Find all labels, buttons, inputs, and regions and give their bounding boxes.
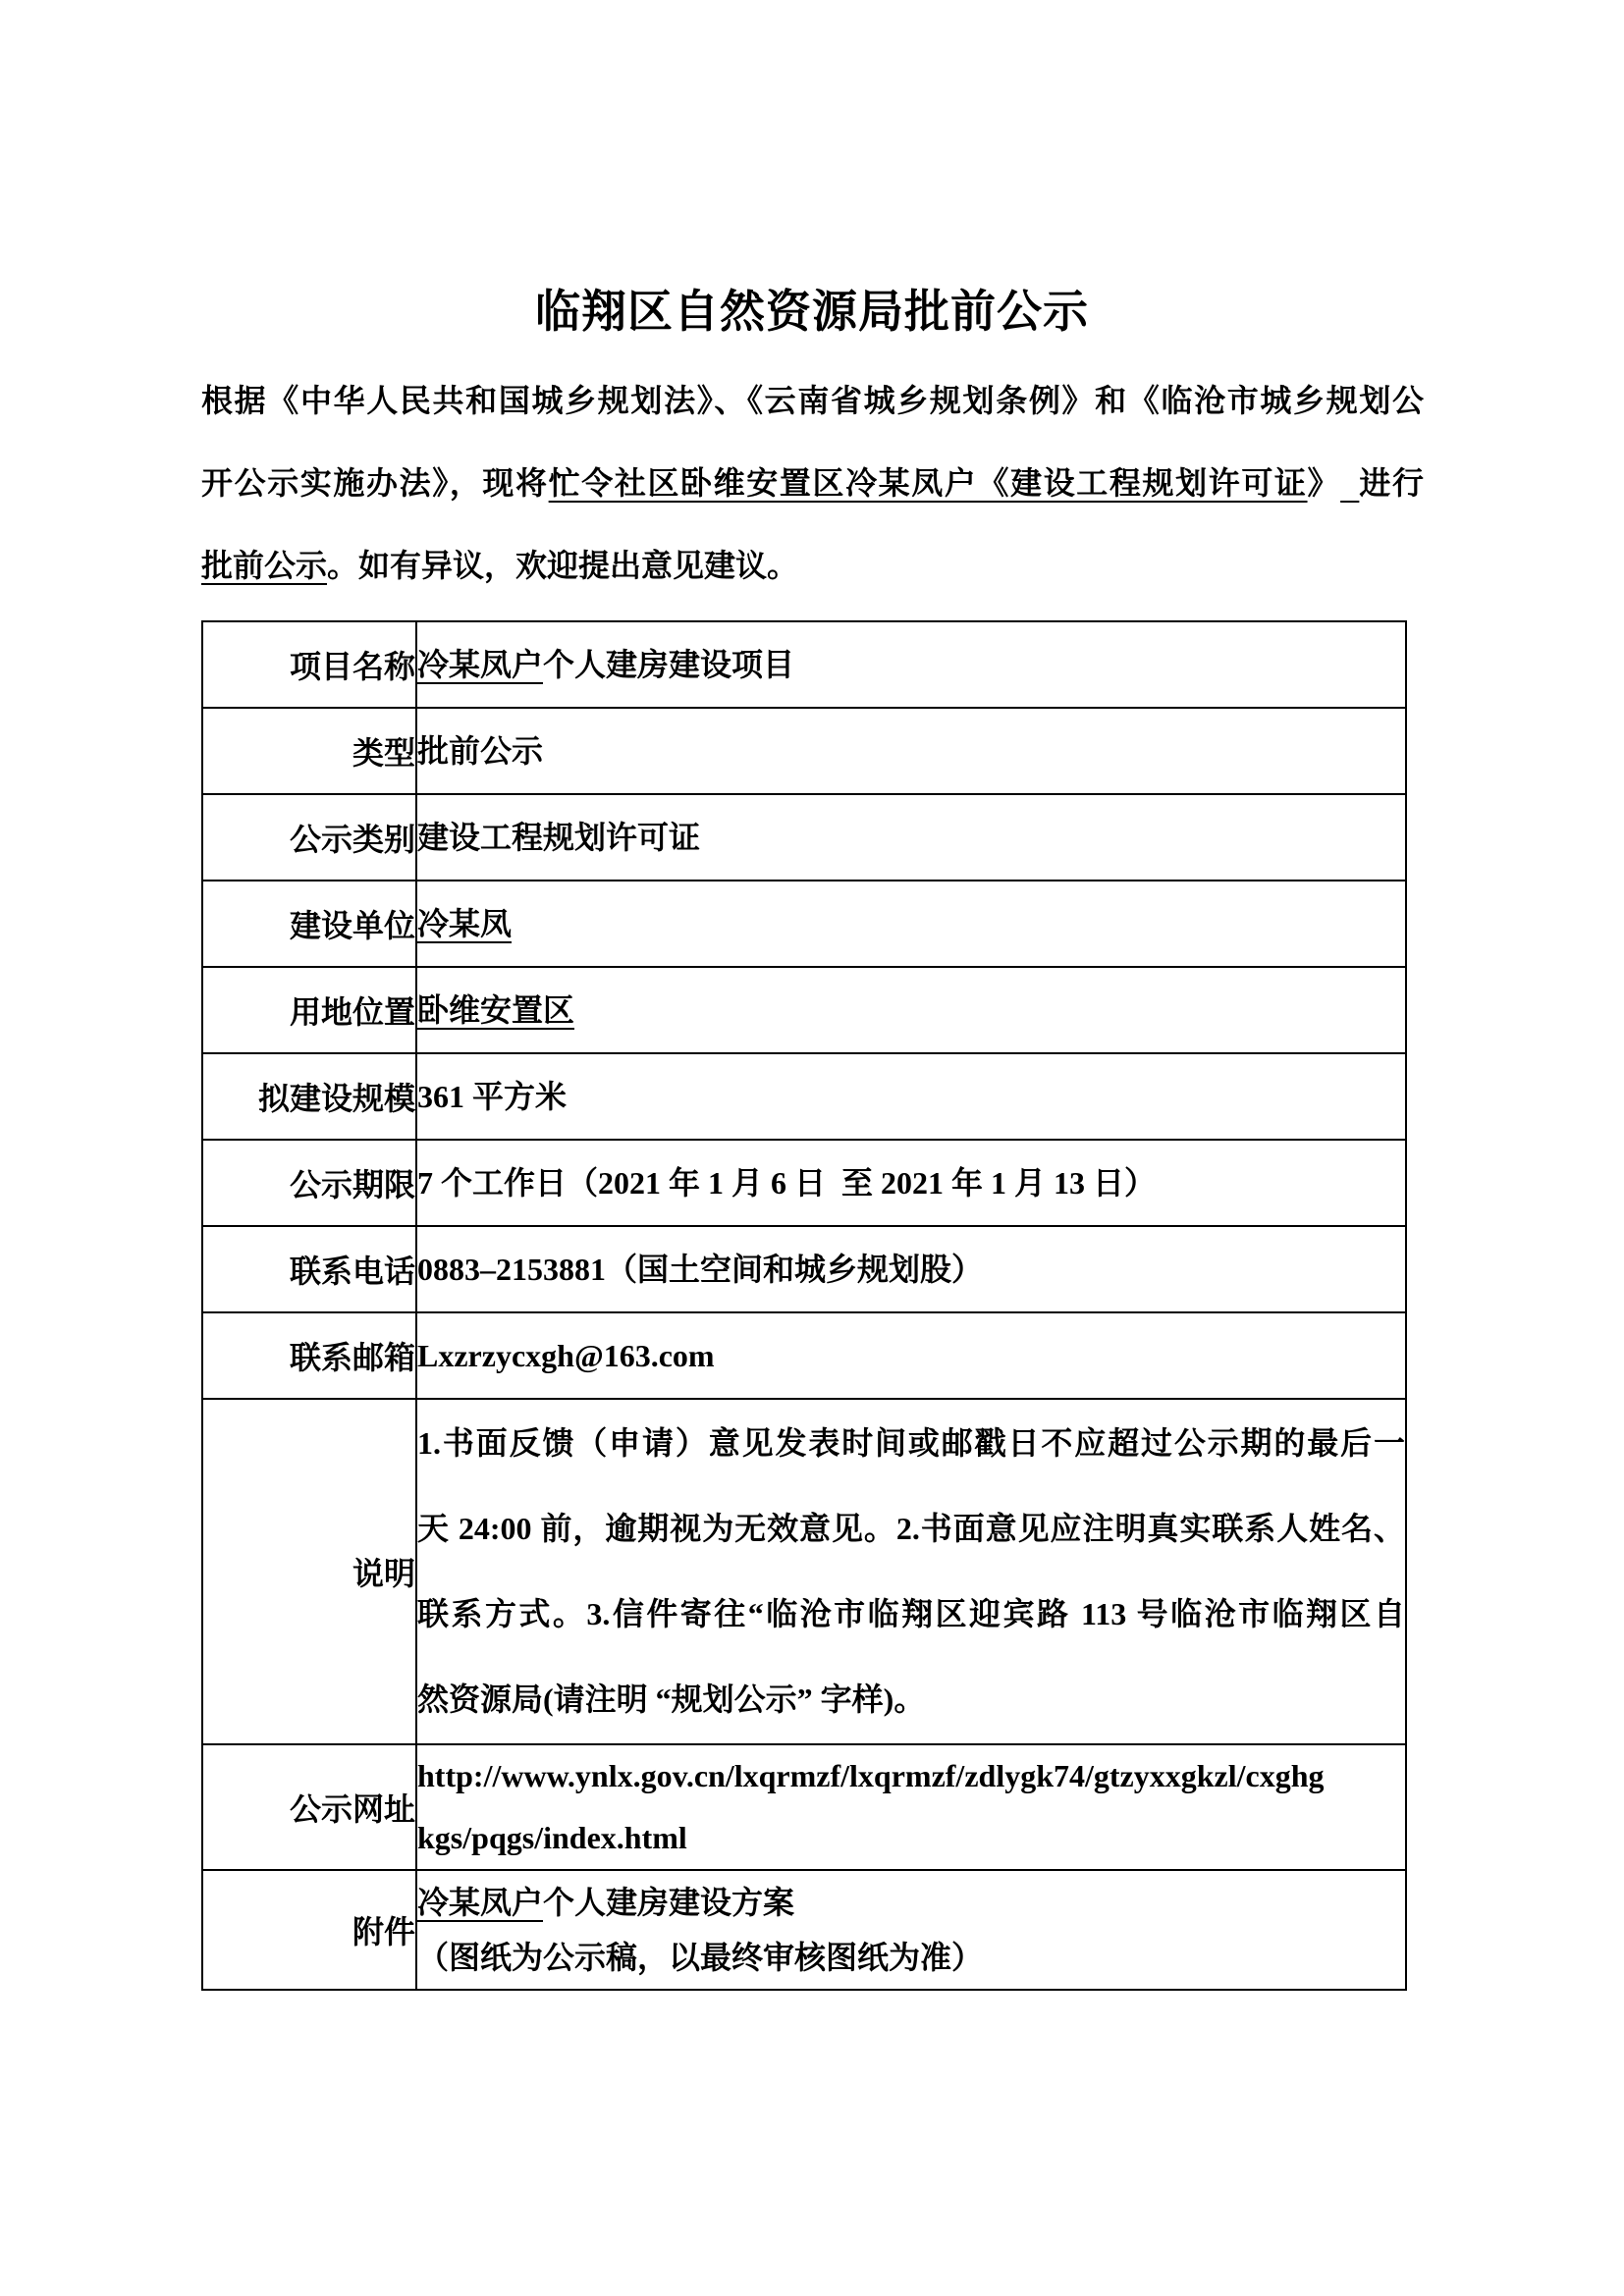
- row-label: 公示类别: [202, 794, 416, 881]
- row-label: 项目名称: [202, 621, 416, 708]
- row-value: 建设工程规划许可证: [416, 794, 1406, 881]
- text-segment: 根据《中华人民共和国城乡规划法》、《云南省城乡规划条例》和《临沧市城乡规划公: [201, 383, 1424, 418]
- row-value: 卧维安置区: [416, 967, 1406, 1053]
- table-row: 公示期限7 个工作日（2021 年 1 月 6 日 至 2021 年 1 月 1…: [202, 1140, 1406, 1226]
- underlined-text: 冷某凤户: [417, 647, 543, 682]
- text-segment: 7 个工作日（2021 年 1 月 6 日 至 2021 年 1 月 13 日）: [417, 1165, 1156, 1201]
- text-segment: 个人建房建设方案: [543, 1885, 794, 1920]
- row-label: 拟建设规模: [202, 1053, 416, 1140]
- text-segment: 。如有异议，欢迎提出意见建议。: [327, 548, 798, 583]
- value-line: Lxzrzycxgh@163.com: [417, 1325, 1405, 1386]
- table-row: 拟建设规模361 平方米: [202, 1053, 1406, 1140]
- intro-paragraph: 根据《中华人民共和国城乡规划法》、《云南省城乡规划条例》和《临沧市城乡规划公开公…: [201, 359, 1424, 607]
- row-value: 361 平方米: [416, 1053, 1406, 1140]
- text-segment: 》: [1308, 465, 1341, 501]
- underlined-text: 批前公示: [201, 548, 327, 583]
- value-line: 1.书面反馈（申请）意见发表时间或邮戳日不应超过公示期的最后一: [417, 1401, 1405, 1486]
- row-value: 冷某凤户个人建房建设项目: [416, 621, 1406, 708]
- text-segment: Lxzrzycxgh@163.com: [417, 1338, 715, 1373]
- text-segment: 开公示实施办法》，现将: [201, 465, 549, 501]
- text-segment: 1.书面反馈（申请）意见发表时间或邮戳日不应超过公示期的最后一: [417, 1425, 1405, 1461]
- text-segment: 建设工程规划许可证: [417, 820, 700, 855]
- row-value: http://www.ynlx.gov.cn/lxqrmzf/lxqrmzf/z…: [416, 1744, 1406, 1870]
- underlined-text: 冷某凤: [417, 906, 512, 941]
- row-label: 建设单位: [202, 881, 416, 967]
- row-value: 冷某凤: [416, 881, 1406, 967]
- text-segment: http://www.ynlx.gov.cn/lxqrmzf/lxqrmzf/z…: [417, 1758, 1325, 1793]
- value-line: kgs/pqgs/index.html: [417, 1807, 1405, 1869]
- text-segment: 361 平方米: [417, 1079, 567, 1114]
- row-label: 用地位置: [202, 967, 416, 1053]
- text-segment: 进行: [1359, 465, 1424, 501]
- row-value: 7 个工作日（2021 年 1 月 6 日 至 2021 年 1 月 13 日）: [416, 1140, 1406, 1226]
- row-label: 公示期限: [202, 1140, 416, 1226]
- table-row: 说明1.书面反馈（申请）意见发表时间或邮戳日不应超过公示期的最后一天 24:00…: [202, 1399, 1406, 1744]
- text-segment: （图纸为公示稿，以最终审核图纸为准）: [417, 1940, 983, 1975]
- underlined-text: 冷某凤户: [417, 1885, 543, 1920]
- table-row: 公示类别建设工程规划许可证: [202, 794, 1406, 881]
- row-label: 类型: [202, 708, 416, 794]
- text-segment: 个人建房建设项目: [543, 647, 794, 682]
- value-line: 联系方式。3.信件寄往“临沧市临翔区迎宾路 113 号临沧市临翔区自: [417, 1572, 1405, 1657]
- row-label: 附件: [202, 1870, 416, 1990]
- row-value: 1.书面反馈（申请）意见发表时间或邮戳日不应超过公示期的最后一天 24:00 前…: [416, 1399, 1406, 1744]
- value-line: 361 平方米: [417, 1066, 1405, 1127]
- intro-line: 根据《中华人民共和国城乡规划法》、《云南省城乡规划条例》和《临沧市城乡规划公: [201, 359, 1424, 442]
- table-row: 用地位置卧维安置区: [202, 967, 1406, 1053]
- row-value: 0883–2153881（国土空间和城乡规划股）: [416, 1226, 1406, 1312]
- document-page: 临翔区自然资源局批前公示 根据《中华人民共和国城乡规划法》、《云南省城乡规划条例…: [0, 0, 1624, 2296]
- row-label: 公示网址: [202, 1744, 416, 1870]
- text-segment: kgs/pqgs/index.html: [417, 1820, 687, 1855]
- notice-table: 项目名称冷某凤户个人建房建设项目类型批前公示公示类别建设工程规划许可证建设单位冷…: [201, 620, 1407, 1991]
- intro-line: 批前公示。如有异议，欢迎提出意见建议。: [201, 524, 1424, 607]
- table-row: 公示网址http://www.ynlx.gov.cn/lxqrmzf/lxqrm…: [202, 1744, 1406, 1870]
- table-row: 建设单位冷某凤: [202, 881, 1406, 967]
- value-line: 天 24:00 前，逾期视为无效意见。2.书面意见应注明真实联系人姓名、: [417, 1486, 1405, 1572]
- text-segment: 批前公示: [417, 733, 543, 769]
- row-value: 冷某凤户个人建房建设方案（图纸为公示稿，以最终审核图纸为准）: [416, 1870, 1406, 1990]
- table-row: 联系电话0883–2153881（国土空间和城乡规划股）: [202, 1226, 1406, 1312]
- value-line: 0883–2153881（国土空间和城乡规划股）: [417, 1239, 1405, 1300]
- value-line: http://www.ynlx.gov.cn/lxqrmzf/lxqrmzf/z…: [417, 1745, 1405, 1807]
- text-segment: 联系方式。3.信件寄往“临沧市临翔区迎宾路 113 号临沧市临翔区自: [417, 1596, 1405, 1631]
- value-line: 然资源局(请注明 “规划公示” 字样)。: [417, 1657, 1405, 1742]
- table-row: 联系邮箱Lxzrzycxgh@163.com: [202, 1312, 1406, 1399]
- table-row: 项目名称冷某凤户个人建房建设项目: [202, 621, 1406, 708]
- row-value: Lxzrzycxgh@163.com: [416, 1312, 1406, 1399]
- table-row: 类型批前公示: [202, 708, 1406, 794]
- row-value: 批前公示: [416, 708, 1406, 794]
- notice-table-body: 项目名称冷某凤户个人建房建设项目类型批前公示公示类别建设工程规划许可证建设单位冷…: [202, 621, 1406, 1990]
- value-line: 冷某凤户个人建房建设项目: [417, 634, 1405, 695]
- underlined-text: 卧维安置区: [417, 992, 574, 1028]
- row-label: 联系电话: [202, 1226, 416, 1312]
- text-segment: 然资源局(请注明 “规划公示” 字样)。: [417, 1682, 925, 1717]
- value-line: 建设工程规划许可证: [417, 807, 1405, 868]
- value-line: 卧维安置区: [417, 980, 1405, 1041]
- value-line: 冷某凤户个人建房建设方案: [417, 1875, 1405, 1930]
- text-segment: 天 24:00 前，逾期视为无效意见。2.书面意见应注明真实联系人姓名、: [417, 1511, 1405, 1546]
- intro-line: 开公示实施办法》，现将忙令社区卧维安置区冷某凤户《建设工程规划许可证》 进行: [201, 442, 1424, 524]
- row-label: 联系邮箱: [202, 1312, 416, 1399]
- value-line: 冷某凤: [417, 893, 1405, 954]
- text-segment: 0883–2153881（国土空间和城乡规划股）: [417, 1252, 983, 1287]
- underlined-text: [1340, 465, 1359, 501]
- value-line: 7 个工作日（2021 年 1 月 6 日 至 2021 年 1 月 13 日）: [417, 1152, 1405, 1213]
- value-line: 批前公示: [417, 721, 1405, 781]
- table-row: 附件冷某凤户个人建房建设方案（图纸为公示稿，以最终审核图纸为准）: [202, 1870, 1406, 1990]
- value-line: （图纸为公示稿，以最终审核图纸为准）: [417, 1930, 1405, 1985]
- row-label: 说明: [202, 1399, 416, 1744]
- underlined-text: 忙令社区卧维安置区冷某凤户《建设工程规划许可证: [549, 465, 1308, 501]
- page-title: 临翔区自然资源局批前公示: [0, 0, 1624, 340]
